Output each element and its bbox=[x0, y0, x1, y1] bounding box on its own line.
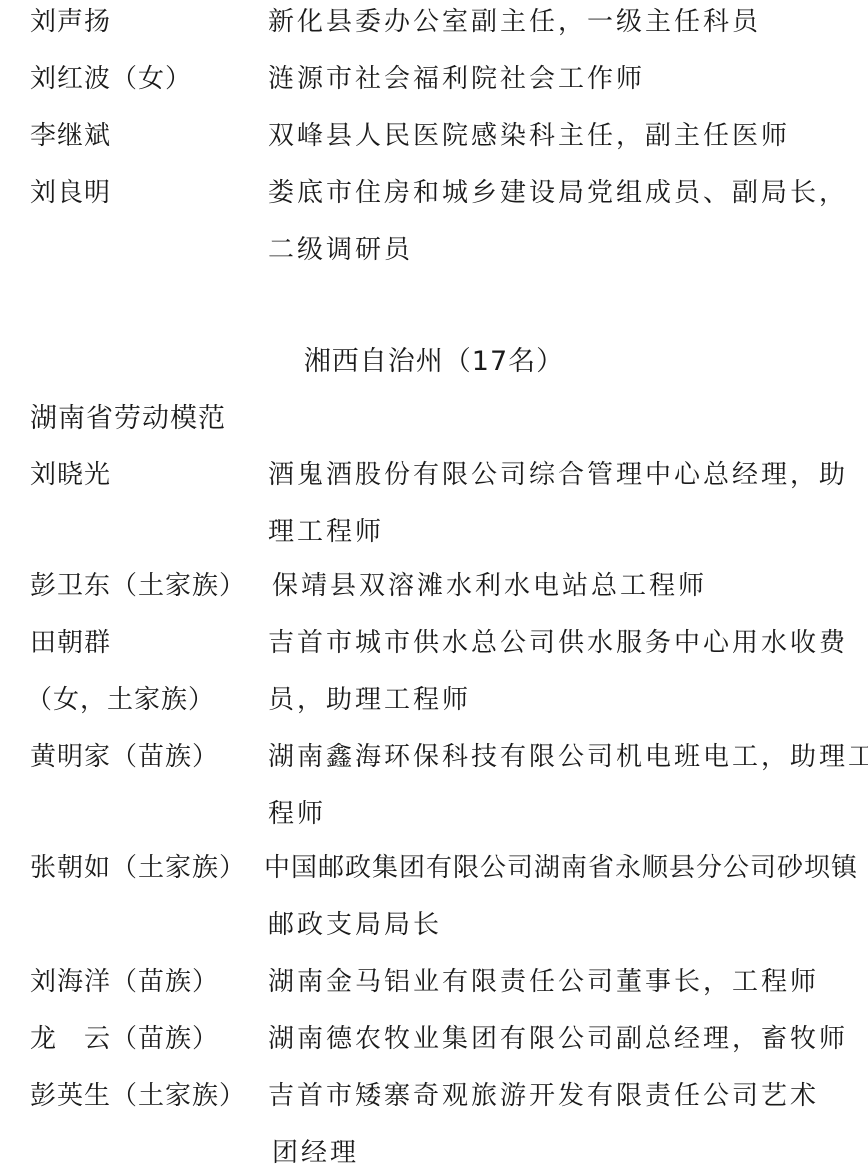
entry-desc: 吉首市矮寨奇观旅游开发有限责任公司艺术 bbox=[268, 1080, 819, 1112]
entry-desc: 湖南德农牧业集团有限公司副总经理，畜牧师 bbox=[268, 1023, 848, 1055]
entry-name: 黄明家（苗族） bbox=[30, 741, 219, 773]
entry-desc: 程师 bbox=[268, 798, 326, 830]
entry-name: 刘红波（女） bbox=[30, 63, 192, 95]
entry-desc: 二级调研员 bbox=[268, 234, 413, 266]
entry-name: 刘海洋（苗族） bbox=[30, 966, 219, 998]
entry-name: 彭卫东（土家族） bbox=[30, 570, 246, 602]
entry-name: 刘良明 bbox=[30, 177, 111, 209]
entry-desc: 湖南金马铝业有限责任公司董事长，工程师 bbox=[268, 966, 819, 998]
entry-desc: 中国邮政集团有限公司湖南省永顺县分公司砂坝镇 bbox=[264, 852, 858, 884]
entry-desc: 湖南鑫海环保科技有限公司机电班电工，助理工 bbox=[268, 741, 868, 773]
entry-desc: 员，助理工程师 bbox=[268, 684, 471, 716]
entry-desc: 保靖县双溶滩水利水电站总工程师 bbox=[272, 570, 707, 602]
entry-name: 刘晓光 bbox=[30, 459, 111, 491]
category-heading: 湖南省劳动模范 bbox=[30, 402, 226, 436]
entry-name: 刘声扬 bbox=[30, 6, 111, 38]
entry-name: 田朝群 bbox=[30, 627, 111, 659]
entry-desc: 新化县委办公室副主任，一级主任科员 bbox=[268, 6, 761, 38]
entry-name: 李继斌 bbox=[30, 120, 111, 152]
region-title: 湘西自治州（17名） bbox=[0, 345, 868, 379]
entry-desc: 涟源市社会福利院社会工作师 bbox=[268, 63, 645, 95]
entry-name: 张朝如（土家族） bbox=[30, 852, 246, 884]
entry-desc: 双峰县人民医院感染科主任，副主任医师 bbox=[268, 120, 790, 152]
entry-desc: 酒鬼酒股份有限公司综合管理中心总经理，助 bbox=[268, 459, 848, 491]
entry-desc: 邮政支局局长 bbox=[268, 909, 442, 941]
entry-desc: 娄底市住房和城乡建设局党组成员、副局长， bbox=[268, 177, 848, 209]
entry-name: 彭英生（土家族） bbox=[30, 1080, 246, 1112]
entry-desc: 吉首市城市供水总公司供水服务中心用水收费 bbox=[268, 627, 848, 659]
entry-name: 龙 云（苗族） bbox=[30, 1023, 219, 1055]
entry-desc: 理工程师 bbox=[268, 516, 384, 548]
entry-name-note: （女，土家族） bbox=[26, 684, 215, 716]
document-page: 刘声扬 新化县委办公室副主任，一级主任科员 刘红波（女） 涟源市社会福利院社会工… bbox=[0, 0, 868, 1173]
entry-desc: 团经理 bbox=[272, 1137, 359, 1169]
